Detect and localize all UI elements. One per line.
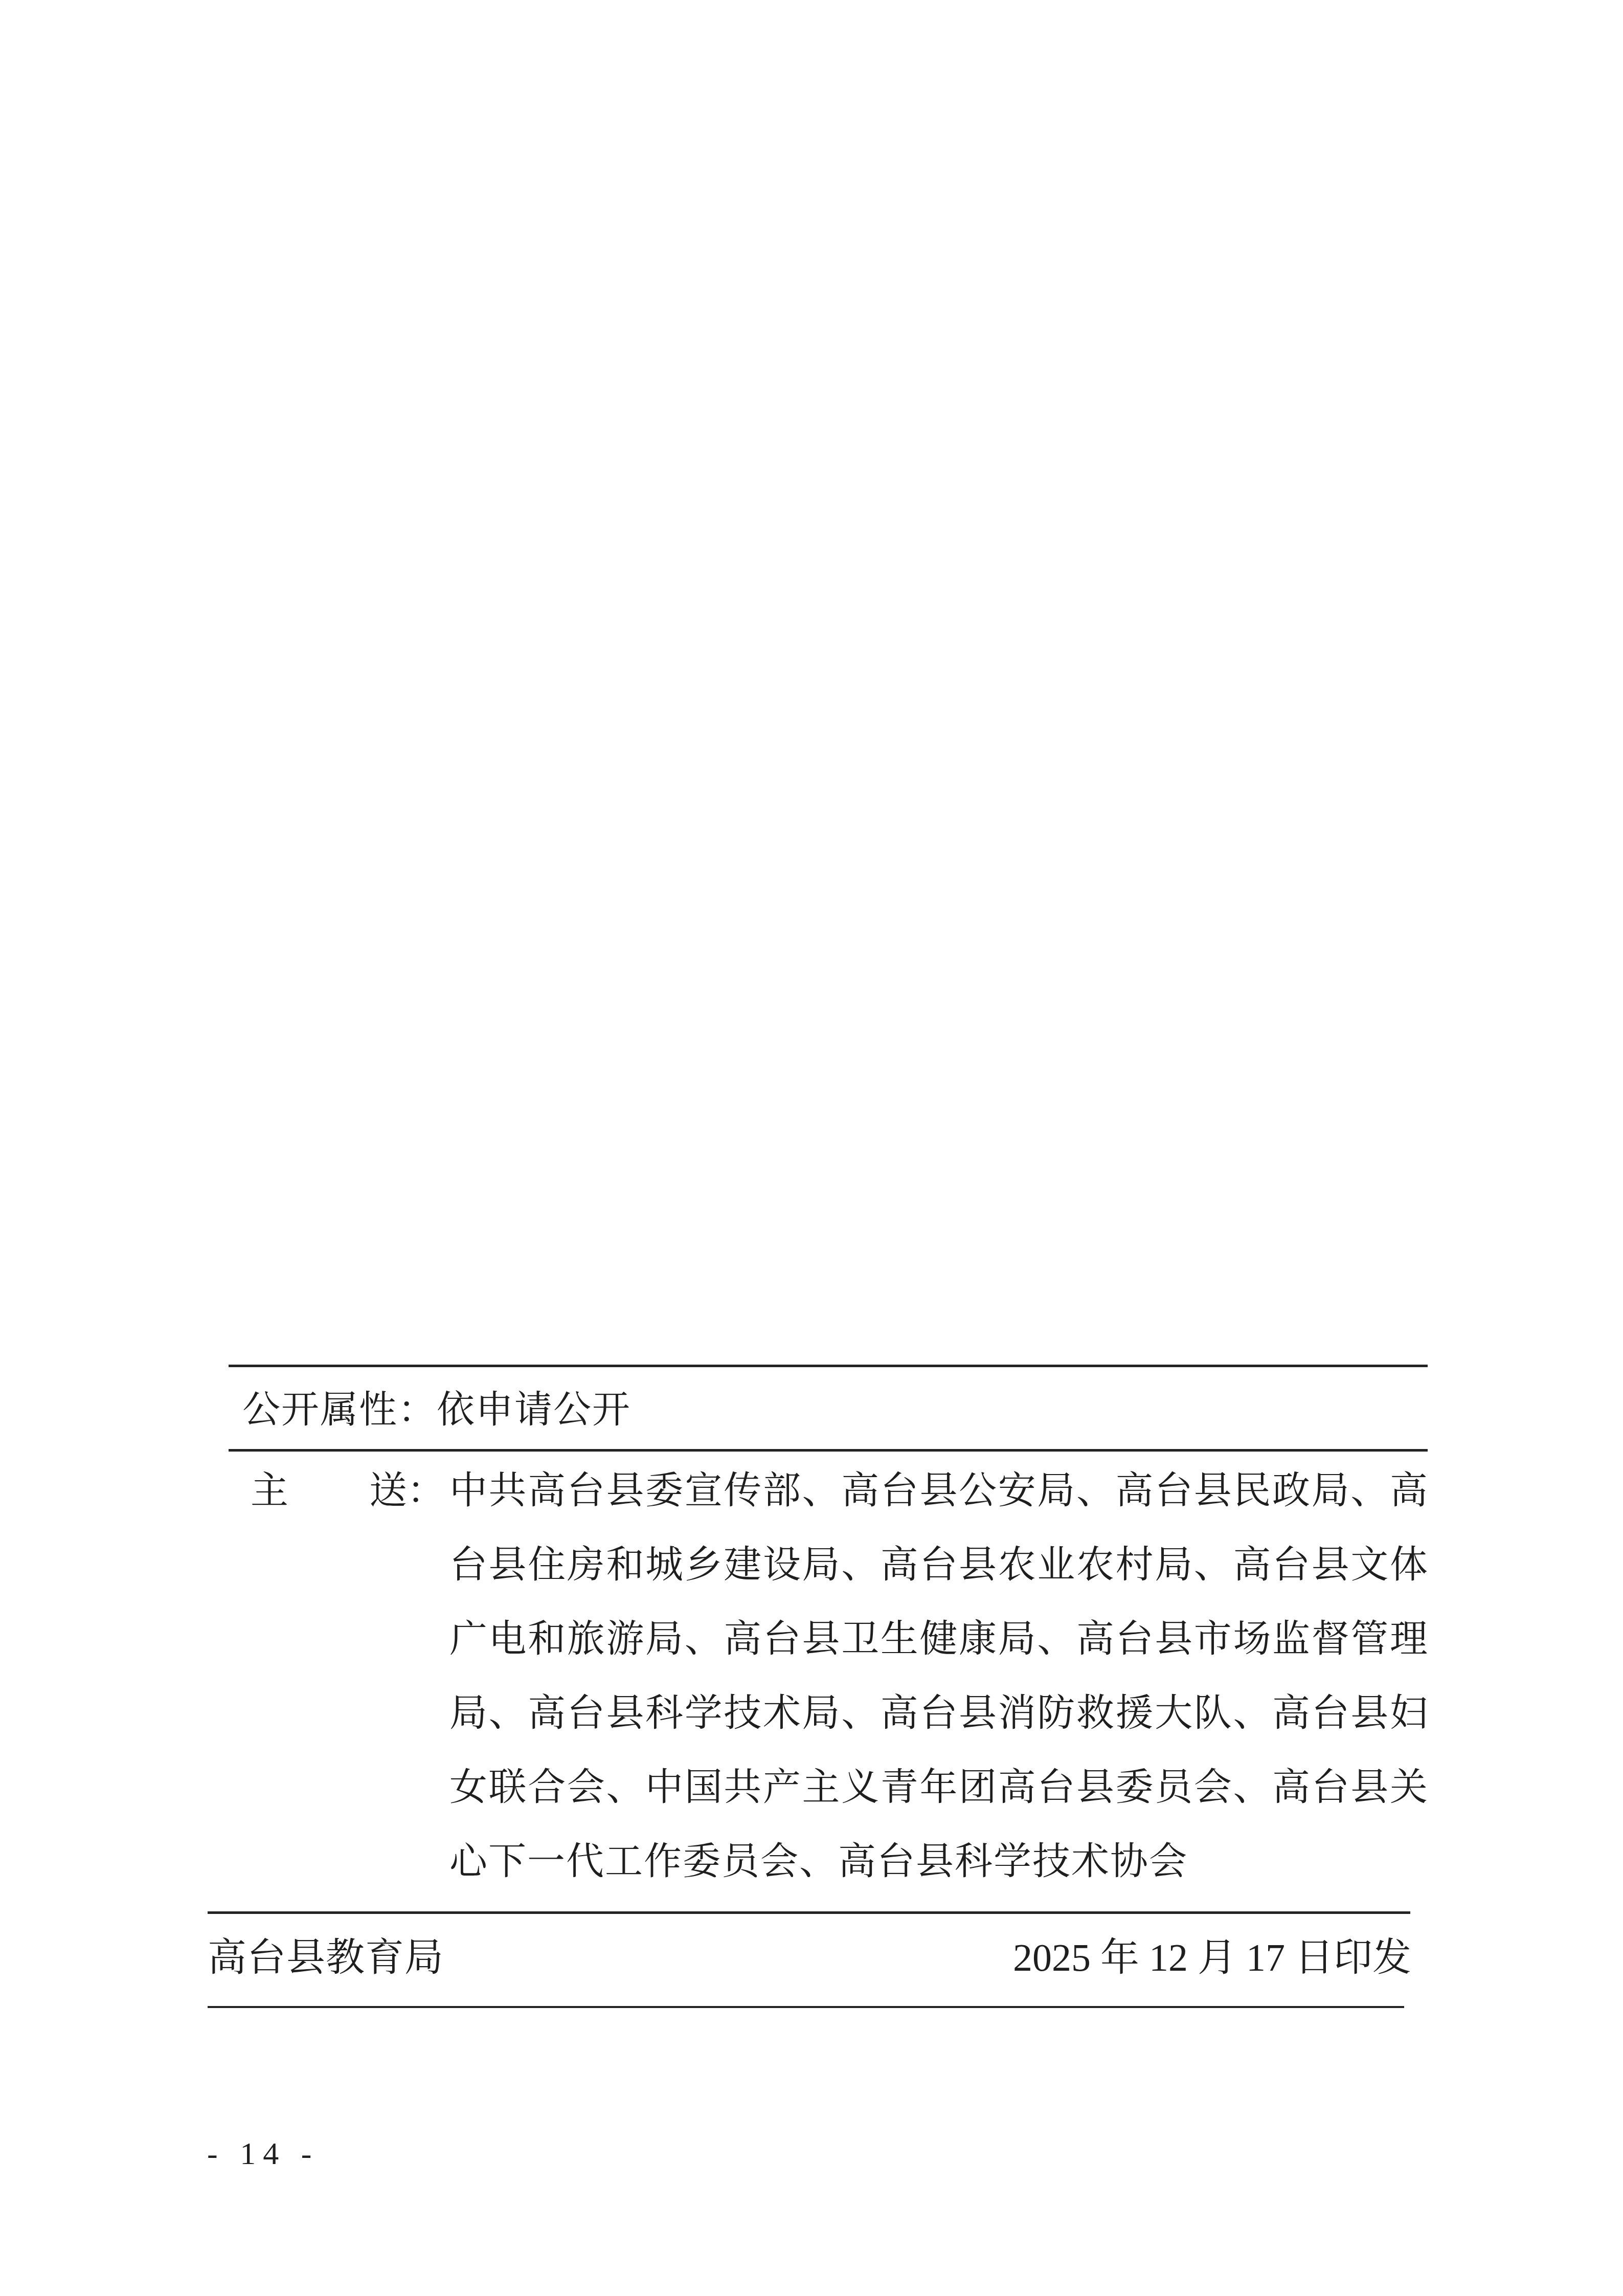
recipients-line-6: 心下一代工作委员会、高台县科学技术协会	[449, 1843, 1428, 1881]
separator-line-above-footer	[208, 1911, 1410, 1914]
recipients-line-5: 女联合会、中国共产主义青年团高台县委员会、高台县关	[449, 1769, 1428, 1807]
recipients-label-send: 送：	[369, 1472, 445, 1510]
issuing-agency-text: 高台县教育局	[208, 1938, 444, 1977]
separator-line-below-disclosure	[229, 1449, 1428, 1452]
page-number: - 14 -	[207, 2138, 319, 2170]
recipients-label-main: 主	[251, 1472, 288, 1510]
disclosure-attribute-text: 公开属性：依申请公开	[242, 1391, 631, 1429]
document-page: 公开属性：依申请公开 主 送： 中共高台县委宣传部、高台县公安局、高台县民政局、…	[0, 0, 1623, 2296]
recipients-line-2: 台县住房和城乡建设局、高台县农业农村局、高台县文体	[449, 1546, 1428, 1584]
recipients-line-3: 广电和旅游局、高台县卫生健康局、高台县市场监督管理	[449, 1620, 1428, 1658]
separator-line-above-disclosure	[229, 1365, 1428, 1367]
print-date-text: 2025 年 12 月 17 日印发	[1013, 1938, 1411, 1977]
recipients-line-4: 局、高台县科学技术局、高台县消防救援大队、高台县妇	[449, 1695, 1428, 1732]
separator-line-below-footer	[208, 2006, 1404, 2008]
recipients-line-1: 中共高台县委宣传部、高台县公安局、高台县民政局、高	[449, 1472, 1428, 1510]
